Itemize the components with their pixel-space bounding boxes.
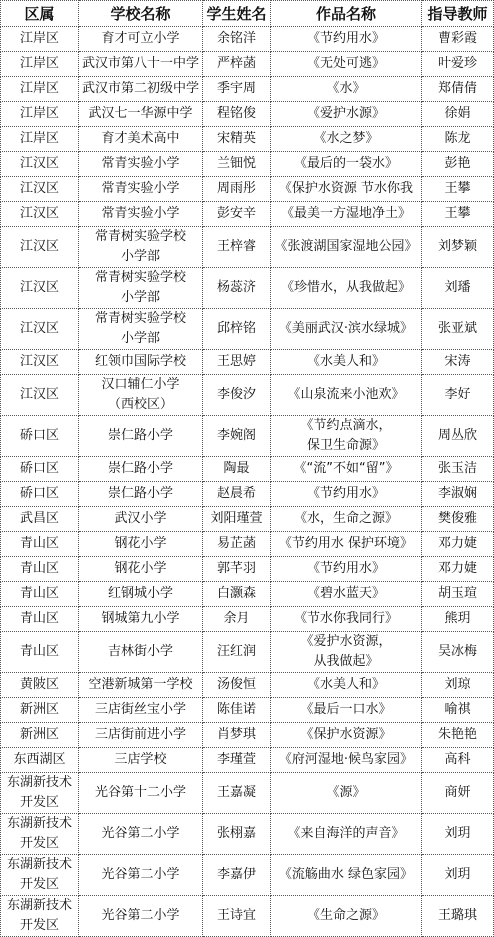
cell-teacher: 周丛欣 [422, 416, 494, 457]
cell-district: 江汉区 [1, 152, 79, 177]
cell-district: 青山区 [1, 532, 79, 557]
cell-district-line: 青山区 [3, 559, 76, 579]
cell-work-line: 《节约用水 保护环境》 [273, 534, 419, 554]
cell-school: 常青树实验学校小学部 [79, 268, 203, 309]
table-row: 江汉区红领巾国际学校王思婷《水美人和》宋涛 [1, 350, 494, 375]
cell-school-line: 崇仁路小学 [81, 484, 200, 504]
table-row: 江岸区育才美术高中宋精英《水之梦》陈龙 [1, 127, 494, 152]
cell-work-line: 《最后的一袋水》 [273, 154, 419, 174]
cell-teacher: 李好 [422, 375, 494, 416]
cell-school-line: 红钢城小学 [81, 584, 200, 604]
cell-district-line: 江岸区 [3, 104, 76, 124]
cell-work: 《节约点滴水，保卫生命源》 [271, 416, 422, 457]
cell-school-line: 钢花小学 [81, 559, 200, 579]
table-row: 青山区钢花小学易芷菡《节约用水 保护环境》邓力婕 [1, 532, 494, 557]
cell-student: 刘阳瑾萱 [203, 507, 271, 532]
cell-district-line: 开发区 [3, 793, 76, 813]
cell-teacher: 邓力婕 [422, 557, 494, 582]
cell-work: 《节约用水》 [271, 557, 422, 582]
cell-teacher: 商妍 [422, 773, 494, 814]
header-work: 作品名称 [271, 1, 422, 27]
cell-work: 《最后一口水》 [271, 698, 422, 723]
cell-student: 李婉阁 [203, 416, 271, 457]
cell-work-line: 《来自海洋的声音》 [273, 824, 419, 844]
cell-work-line: 《节约用水》 [273, 29, 419, 49]
cell-work-line: 《生命之源》 [273, 906, 419, 926]
cell-work-line: 《爱护水资源， [273, 632, 419, 652]
cell-work-line: 《源》 [273, 783, 419, 803]
cell-district: 青山区 [1, 632, 79, 673]
cell-school-line: 崇仁路小学 [81, 426, 200, 446]
cell-work-line: 《山泉流来小池欢》 [273, 385, 419, 405]
cell-student: 白灏森 [203, 582, 271, 607]
cell-district: 硚口区 [1, 457, 79, 482]
table-row: 江汉区常青树实验学校小学部王梓睿《张渡湖国家湿地公园》刘梦颖 [1, 227, 494, 268]
cell-school-line: 光谷第十二小学 [81, 783, 200, 803]
cell-school-line: 常青实验小学 [81, 204, 200, 224]
cell-district-line: 东西湖区 [3, 750, 76, 770]
cell-student: 王嘉凝 [203, 773, 271, 814]
cell-district: 新洲区 [1, 698, 79, 723]
cell-district-line: 青山区 [3, 609, 76, 629]
table-row: 青山区红钢城小学白灏森《碧水蓝天》胡玉瑄 [1, 582, 494, 607]
cell-teacher: 李淑娴 [422, 482, 494, 507]
cell-student: 程铭俊 [203, 102, 271, 127]
cell-school-line: 常青树实验学校 [81, 268, 200, 288]
table-row: 江汉区常青树实验学校小学部邱梓铭《美丽武汉·滨水绿城》张亚斌 [1, 309, 494, 350]
cell-work-line: 《节约用水》 [273, 559, 419, 579]
cell-student: 余铭洋 [203, 27, 271, 52]
cell-teacher: 张玉洁 [422, 457, 494, 482]
cell-work-line: 《美丽武汉·滨水绿城》 [273, 319, 419, 339]
cell-district-line: 新洲区 [3, 725, 76, 745]
cell-district-line: 江岸区 [3, 79, 76, 99]
cell-district-line: 青山区 [3, 584, 76, 604]
cell-work-line: 《无处可逃》 [273, 54, 419, 74]
cell-district-line: 硚口区 [3, 459, 76, 479]
cell-district: 硚口区 [1, 482, 79, 507]
cell-district-line: 江汉区 [3, 278, 76, 298]
cell-school-line: 常青实验小学 [81, 154, 200, 174]
cell-district: 东湖新技术开发区 [1, 896, 79, 937]
cell-district-line: 江岸区 [3, 129, 76, 149]
cell-work: 《山泉流来小池欢》 [271, 375, 422, 416]
cell-district: 东湖新技术开发区 [1, 814, 79, 855]
cell-school-line: 光谷第二小学 [81, 824, 200, 844]
table-row: 青山区钢城第九小学余月《节水你我同行》熊玥 [1, 607, 494, 632]
cell-district: 江汉区 [1, 309, 79, 350]
table-row: 青山区钢花小学郭芊羽《节约用水》邓力婕 [1, 557, 494, 582]
cell-district-line: 江汉区 [3, 237, 76, 257]
cell-work: 《最后的一袋水》 [271, 152, 422, 177]
cell-student: 陶最 [203, 457, 271, 482]
cell-school-line: 武汉市第二初级中学 [81, 79, 200, 99]
cell-teacher: 叶爱珍 [422, 52, 494, 77]
cell-school: 崇仁路小学 [79, 482, 203, 507]
table-row: 东湖新技术开发区光谷第十二小学王嘉凝《源》商妍 [1, 773, 494, 814]
cell-work: 《无处可逃》 [271, 52, 422, 77]
cell-district: 江岸区 [1, 127, 79, 152]
cell-district-line: 东湖新技术 [3, 896, 76, 916]
cell-work: 《水美人和》 [271, 350, 422, 375]
cell-school: 红领巾国际学校 [79, 350, 203, 375]
cell-student: 李嘉伊 [203, 855, 271, 896]
cell-work: 《节约用水》 [271, 27, 422, 52]
cell-school: 常青实验小学 [79, 202, 203, 227]
table-row: 江岸区育才可立小学余铭洋《节约用水》曹彩霞 [1, 27, 494, 52]
table-row: 硚口区崇仁路小学陶最《“流”不如“留”》张玉洁 [1, 457, 494, 482]
cell-school-line: 武汉七一华源中学 [81, 104, 200, 124]
cell-district: 江汉区 [1, 177, 79, 202]
table-row: 江岸区武汉市第二初级中学季宇周《水》郑倩倩 [1, 77, 494, 102]
cell-district: 江汉区 [1, 202, 79, 227]
cell-school-line: 常青树实验学校 [81, 227, 200, 247]
cell-school-line: 空港新城第一学校 [81, 675, 200, 695]
cell-work-line: 《保护水资源 节水你我 [273, 179, 419, 199]
cell-district: 江岸区 [1, 27, 79, 52]
cell-work-line: 《珍惜水，从我做起》 [273, 278, 419, 298]
cell-work-line: 《碧水蓝天》 [273, 584, 419, 604]
table-row: 新洲区三店街前进小学肖梦琪《保护水资源》朱艳艳 [1, 723, 494, 748]
cell-school: 空港新城第一学校 [79, 673, 203, 698]
cell-school: 崇仁路小学 [79, 457, 203, 482]
cell-district: 新洲区 [1, 723, 79, 748]
cell-school-line: 育才美术高中 [81, 129, 200, 149]
cell-work-line: 《爱护水源》 [273, 104, 419, 124]
cell-district-line: 江汉区 [3, 154, 76, 174]
cell-district-line: 开发区 [3, 834, 76, 854]
cell-district-line: 新洲区 [3, 700, 76, 720]
cell-student: 季宇周 [203, 77, 271, 102]
cell-school: 红钢城小学 [79, 582, 203, 607]
cell-student: 邱梓铭 [203, 309, 271, 350]
cell-teacher: 刘玥 [422, 814, 494, 855]
cell-school: 常青树实验学校小学部 [79, 227, 203, 268]
cell-district: 江岸区 [1, 77, 79, 102]
cell-student: 郭芊羽 [203, 557, 271, 582]
cell-school: 光谷第十二小学 [79, 773, 203, 814]
cell-school: 光谷第二小学 [79, 896, 203, 937]
cell-work-line: 《节水你我同行》 [273, 609, 419, 629]
cell-school-line: 吉林街小学 [81, 642, 200, 662]
cell-work: 《美丽武汉·滨水绿城》 [271, 309, 422, 350]
cell-district-line: 江岸区 [3, 54, 76, 74]
cell-student: 王思婷 [203, 350, 271, 375]
cell-school-line: 光谷第二小学 [81, 906, 200, 926]
header-teacher: 指导教师 [422, 1, 494, 27]
cell-student: 易芷菡 [203, 532, 271, 557]
table-row: 武昌区武汉小学刘阳瑾萱《水，生命之源》樊俊雅 [1, 507, 494, 532]
table-row: 硚口区崇仁路小学赵晨希《节约用水》李淑娴 [1, 482, 494, 507]
cell-school-line: 常青实验小学 [81, 179, 200, 199]
cell-district: 青山区 [1, 557, 79, 582]
cell-teacher: 王璐琪 [422, 896, 494, 937]
cell-district-line: 东湖新技术 [3, 855, 76, 875]
cell-school-line: 小学部 [81, 329, 200, 349]
cell-district-line: 江汉区 [3, 385, 76, 405]
cell-student: 汪红润 [203, 632, 271, 673]
cell-student: 余月 [203, 607, 271, 632]
cell-district: 江汉区 [1, 268, 79, 309]
header-school: 学校名称 [79, 1, 203, 27]
table-row: 东湖新技术开发区光谷第二小学王诗宜《生命之源》王璐琪 [1, 896, 494, 937]
cell-work: 《流觞曲水 绿色家园》 [271, 855, 422, 896]
cell-work-line: 《水》 [273, 79, 419, 99]
cell-school-line: 小学部 [81, 247, 200, 267]
cell-district: 江汉区 [1, 350, 79, 375]
cell-work: 《源》 [271, 773, 422, 814]
cell-teacher: 邓力婕 [422, 532, 494, 557]
cell-work-line: 《节约用水》 [273, 484, 419, 504]
cell-teacher: 宋涛 [422, 350, 494, 375]
cell-school: 育才美术高中 [79, 127, 203, 152]
cell-student: 赵晨希 [203, 482, 271, 507]
cell-work: 《节约用水 保护环境》 [271, 532, 422, 557]
cell-work-line: 《水，生命之源》 [273, 509, 419, 529]
cell-district-line: 江汉区 [3, 204, 76, 224]
cell-teacher: 张亚斌 [422, 309, 494, 350]
cell-district-line: 青山区 [3, 534, 76, 554]
cell-work: 《保护水资源 节水你我 [271, 177, 422, 202]
cell-student: 肖梦琪 [203, 723, 271, 748]
cell-school: 常青实验小学 [79, 177, 203, 202]
cell-school: 崇仁路小学 [79, 416, 203, 457]
cell-school: 光谷第二小学 [79, 814, 203, 855]
cell-work-line: 《水美人和》 [273, 675, 419, 695]
cell-school: 钢花小学 [79, 557, 203, 582]
cell-district: 硚口区 [1, 416, 79, 457]
table-row: 青山区吉林街小学汪红润《爱护水资源，从我做起》吴冰梅 [1, 632, 494, 673]
cell-student: 杨蕊济 [203, 268, 271, 309]
cell-work-line: 《张渡湖国家湿地公园》 [273, 237, 419, 257]
cell-work-line: 《府河湿地·候鸟家园》 [273, 750, 419, 770]
cell-teacher: 王攀 [422, 177, 494, 202]
cell-teacher: 彭艳 [422, 152, 494, 177]
cell-teacher: 刘梦颖 [422, 227, 494, 268]
cell-work-line: 保卫生命源》 [273, 436, 419, 456]
cell-work: 《生命之源》 [271, 896, 422, 937]
cell-work: 《来自海洋的声音》 [271, 814, 422, 855]
cell-district-line: 硚口区 [3, 426, 76, 446]
cell-school: 汉口辅仁小学（西校区） [79, 375, 203, 416]
header-district: 区属 [1, 1, 79, 27]
header-row: 区属 学校名称 学生姓名 作品名称 指导教师 [1, 1, 494, 27]
table-row: 硚口区崇仁路小学李婉阁《节约点滴水，保卫生命源》周丛欣 [1, 416, 494, 457]
cell-work-line: 从我做起》 [273, 652, 419, 672]
cell-teacher: 曹彩霞 [422, 27, 494, 52]
cell-work: 《节水你我同行》 [271, 607, 422, 632]
cell-school-line: 常青树实验学校 [81, 309, 200, 329]
cell-school-line: 武汉小学 [81, 509, 200, 529]
cell-work: 《最美一方湿地净土》 [271, 202, 422, 227]
cell-work: 《爱护水资源，从我做起》 [271, 632, 422, 673]
cell-teacher: 胡玉瑄 [422, 582, 494, 607]
cell-district-line: 武昌区 [3, 509, 76, 529]
table-row: 东湖新技术开发区光谷第二小学李嘉伊《流觞曲水 绿色家园》刘玥 [1, 855, 494, 896]
cell-district: 江汉区 [1, 227, 79, 268]
cell-district: 武昌区 [1, 507, 79, 532]
cell-work: 《碧水蓝天》 [271, 582, 422, 607]
cell-student: 李瑾萱 [203, 748, 271, 773]
cell-school-line: 钢花小学 [81, 534, 200, 554]
cell-district: 东西湖区 [1, 748, 79, 773]
cell-student: 彭安辛 [203, 202, 271, 227]
cell-student: 李俊汐 [203, 375, 271, 416]
cell-school-line: 红领巾国际学校 [81, 352, 200, 372]
cell-teacher: 刘琼 [422, 673, 494, 698]
cell-district: 江汉区 [1, 375, 79, 416]
cell-district-line: 东湖新技术 [3, 814, 76, 834]
cell-teacher: 朱艳艳 [422, 723, 494, 748]
cell-district-line: 东湖新技术 [3, 773, 76, 793]
cell-school: 武汉市第二初级中学 [79, 77, 203, 102]
cell-teacher: 刘璠 [422, 268, 494, 309]
cell-teacher: 喻祺 [422, 698, 494, 723]
table-row: 江汉区常青实验小学彭安辛《最美一方湿地净土》王攀 [1, 202, 494, 227]
cell-school-line: 育才可立小学 [81, 29, 200, 49]
cell-work: 《水，生命之源》 [271, 507, 422, 532]
cell-student: 周雨彤 [203, 177, 271, 202]
cell-school: 武汉七一华源中学 [79, 102, 203, 127]
table-row: 黄陂区空港新城第一学校汤俊恒《水美人和》刘琼 [1, 673, 494, 698]
cell-teacher: 刘玥 [422, 855, 494, 896]
cell-district: 黄陂区 [1, 673, 79, 698]
cell-district-line: 江汉区 [3, 179, 76, 199]
cell-school-line: 武汉市第八十一中学 [81, 54, 200, 74]
cell-teacher: 徐娟 [422, 102, 494, 127]
cell-school-line: 三店街丝宝小学 [81, 700, 200, 720]
cell-teacher: 王攀 [422, 202, 494, 227]
cell-student: 严梓菡 [203, 52, 271, 77]
table-row: 江岸区武汉市第八十一中学严梓菡《无处可逃》叶爱珍 [1, 52, 494, 77]
cell-school: 武汉市第八十一中学 [79, 52, 203, 77]
cell-work: 《水之梦》 [271, 127, 422, 152]
cell-district-line: 江汉区 [3, 319, 76, 339]
cell-district: 东湖新技术开发区 [1, 773, 79, 814]
cell-work-line: 《节约点滴水， [273, 416, 419, 436]
cell-student: 宋精英 [203, 127, 271, 152]
cell-teacher: 陈龙 [422, 127, 494, 152]
cell-school-line: 三店街前进小学 [81, 725, 200, 745]
cell-work-line: 《流觞曲水 绿色家园》 [273, 865, 419, 885]
cell-district-line: 江汉区 [3, 352, 76, 372]
cell-school: 三店学校 [79, 748, 203, 773]
cell-teacher: 熊玥 [422, 607, 494, 632]
cell-school: 吉林街小学 [79, 632, 203, 673]
cell-district-line: 开发区 [3, 916, 76, 936]
table-row: 江汉区常青实验小学兰钿悦《最后的一袋水》彭艳 [1, 152, 494, 177]
cell-work: 《保护水资源》 [271, 723, 422, 748]
cell-student: 陈佳诺 [203, 698, 271, 723]
table-row: 东湖新技术开发区光谷第二小学张栩嘉《来自海洋的声音》刘玥 [1, 814, 494, 855]
cell-district: 江岸区 [1, 52, 79, 77]
cell-work-line: 《最后一口水》 [273, 700, 419, 720]
header-student: 学生姓名 [203, 1, 271, 27]
table-row: 新洲区三店街丝宝小学陈佳诺《最后一口水》喻祺 [1, 698, 494, 723]
cell-student: 王诗宜 [203, 896, 271, 937]
cell-student: 汤俊恒 [203, 673, 271, 698]
cell-district-line: 黄陂区 [3, 675, 76, 695]
cell-work-line: 《“流”不如“留”》 [273, 459, 419, 479]
table-row: 江汉区汉口辅仁小学（西校区）李俊汐《山泉流来小池欢》李好 [1, 375, 494, 416]
cell-school: 光谷第二小学 [79, 855, 203, 896]
table-row: 江汉区常青实验小学周雨彤《保护水资源 节水你我王攀 [1, 177, 494, 202]
cell-school: 三店街丝宝小学 [79, 698, 203, 723]
cell-school-line: （西校区） [81, 395, 200, 415]
cell-work: 《“流”不如“留”》 [271, 457, 422, 482]
cell-student: 兰钿悦 [203, 152, 271, 177]
cell-school-line: 汉口辅仁小学 [81, 375, 200, 395]
cell-district: 青山区 [1, 607, 79, 632]
cell-school: 育才可立小学 [79, 27, 203, 52]
cell-school: 三店街前进小学 [79, 723, 203, 748]
cell-district-line: 青山区 [3, 642, 76, 662]
cell-school-line: 三店学校 [81, 750, 200, 770]
cell-school-line: 小学部 [81, 288, 200, 308]
table-body: 江岸区育才可立小学余铭洋《节约用水》曹彩霞江岸区武汉市第八十一中学严梓菡《无处可… [1, 27, 494, 937]
cell-district: 青山区 [1, 582, 79, 607]
cell-school: 钢城第九小学 [79, 607, 203, 632]
cell-work: 《府河湿地·候鸟家园》 [271, 748, 422, 773]
cell-teacher: 高科 [422, 748, 494, 773]
cell-school: 钢花小学 [79, 532, 203, 557]
cell-student: 张栩嘉 [203, 814, 271, 855]
cell-school-line: 钢城第九小学 [81, 609, 200, 629]
award-table: 区属 学校名称 学生姓名 作品名称 指导教师 江岸区育才可立小学余铭洋《节约用水… [0, 0, 494, 937]
cell-work: 《水美人和》 [271, 673, 422, 698]
cell-district-line: 江岸区 [3, 29, 76, 49]
cell-student: 王梓睿 [203, 227, 271, 268]
table-row: 东西湖区三店学校李瑾萱《府河湿地·候鸟家园》高科 [1, 748, 494, 773]
table-row: 江岸区武汉七一华源中学程铭俊《爱护水源》徐娟 [1, 102, 494, 127]
cell-work: 《珍惜水，从我做起》 [271, 268, 422, 309]
cell-work-line: 《保护水资源》 [273, 725, 419, 745]
cell-work-line: 《水美人和》 [273, 352, 419, 372]
cell-district: 东湖新技术开发区 [1, 855, 79, 896]
cell-work: 《张渡湖国家湿地公园》 [271, 227, 422, 268]
cell-work-line: 《水之梦》 [273, 129, 419, 149]
cell-school-line: 光谷第二小学 [81, 865, 200, 885]
cell-district: 江岸区 [1, 102, 79, 127]
cell-school-line: 崇仁路小学 [81, 459, 200, 479]
cell-school: 常青树实验学校小学部 [79, 309, 203, 350]
cell-teacher: 吴冰梅 [422, 632, 494, 673]
cell-work: 《爱护水源》 [271, 102, 422, 127]
cell-district-line: 开发区 [3, 875, 76, 895]
cell-school: 武汉小学 [79, 507, 203, 532]
cell-work: 《节约用水》 [271, 482, 422, 507]
cell-teacher: 郑倩倩 [422, 77, 494, 102]
table-row: 江汉区常青树实验学校小学部杨蕊济《珍惜水，从我做起》刘璠 [1, 268, 494, 309]
cell-work: 《水》 [271, 77, 422, 102]
cell-teacher: 樊俊雅 [422, 507, 494, 532]
cell-school: 常青实验小学 [79, 152, 203, 177]
cell-work-line: 《最美一方湿地净土》 [273, 204, 419, 224]
cell-district-line: 硚口区 [3, 484, 76, 504]
